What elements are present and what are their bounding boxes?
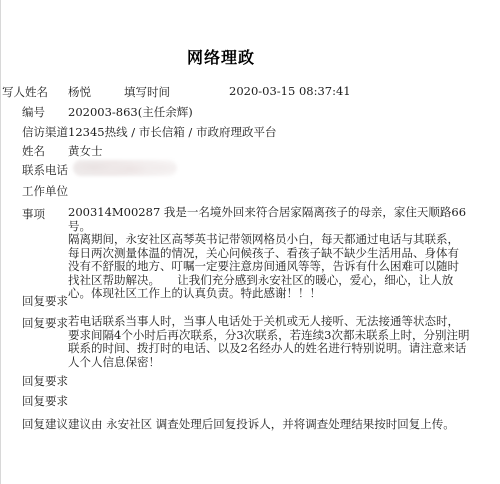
reply-requirement-row-4: 回复要求 xyxy=(1,393,500,408)
work-unit-row: 工作单位 xyxy=(1,183,500,198)
reply-requirement-line: 若电话联系当事人时，当事人电话处于关机或无人接听、无法接通等状态时， xyxy=(68,315,470,329)
reply-requirement-line: 要求间隔4个小时后再次联系，分3次联系，若连续3次都未联系上时，分别注明 xyxy=(68,329,470,343)
matter-label: 事项 xyxy=(22,206,45,222)
reply-suggestion-row: 回复建议 建议由 永安社区 调查处理后回复投诉人，并将调查处理结果按时回复上传。 xyxy=(1,416,500,431)
reply-requirement-line: 人个人信息保密！ xyxy=(68,356,470,370)
matter-line: 每日两次测量体温的情况，关心问候孩子、看孩子缺不缺少生活用品、身体有 xyxy=(68,247,470,261)
matter-line: 隔离期间，永安社区高琴英书记带领网格员小白，每天都通过电话与其联系， xyxy=(68,233,470,247)
petition-channel-label: 信访渠道 xyxy=(22,124,68,140)
reply-requirement-line: 联系的时间、拨打时的电话、以及2名经办人的姓名进行特别说明。请注意来话 xyxy=(68,342,470,356)
matter-text: 200314M00287 我是一名境外回来符合居家隔离孩子的母亲，家住天顺路66… xyxy=(68,206,470,301)
petition-channel-row: 信访渠道 12345热线 / 市长信箱 / 市政府理政平台 xyxy=(1,124,500,139)
reply-requirement-label: 回复要求 xyxy=(22,393,68,409)
reply-requirement-label: 回复要求 xyxy=(22,373,68,389)
number-row: 编号 202003-863(主任余辉) xyxy=(1,104,500,119)
page-title: 网络理政 xyxy=(1,45,441,68)
reply-requirement-label: 回复要求 xyxy=(22,315,68,331)
matter-line: 没有不舒服的地方、叮嘱一定要注意房间通风等等，告诉有什么困难可以随时 xyxy=(68,260,470,274)
reply-requirement-label: 回复要求 xyxy=(22,293,68,309)
phone-row: 联系电话 xyxy=(1,162,500,177)
number-label: 编号 xyxy=(22,104,45,120)
number-value: 202003-863(主任余辉) xyxy=(68,104,470,120)
filler-name-label: 写人姓名 xyxy=(2,84,48,100)
fill-time-label: 填写时间 xyxy=(124,84,170,100)
reply-requirement-row-2: 回复要求 若电话联系当事人时，当事人电话处于关机或无人接听、无法接通等状态时， … xyxy=(1,315,500,330)
petition-channel-value: 12345热线 / 市长信箱 / 市政府理政平台 xyxy=(68,124,470,140)
reply-requirement-row-1: 回复要求 xyxy=(1,293,500,308)
work-unit-label: 工作单位 xyxy=(22,183,68,199)
reply-requirement-text: 若电话联系当事人时，当事人电话处于关机或无人接听、无法接通等状态时， 要求间隔4… xyxy=(68,315,470,369)
matter-row: 事项 200314M00287 我是一名境外回来符合居家隔离孩子的母亲，家住天顺… xyxy=(1,206,500,221)
reply-suggestion-label: 回复建议 xyxy=(22,416,68,432)
document-page: 网络理政 写人姓名 杨悦 填写时间 2020-03-15 08:37:41 编号… xyxy=(0,0,500,484)
name-row: 姓名 黄女士 xyxy=(1,143,500,158)
phone-redaction-blur xyxy=(73,160,177,176)
filler-row: 写人姓名 杨悦 填写时间 2020-03-15 08:37:41 xyxy=(1,84,500,99)
reply-requirement-row-3: 回复要求 xyxy=(1,373,500,388)
reply-suggestion-value: 建议由 永安社区 调查处理后回复投诉人，并将调查处理结果按时回复上传。 xyxy=(68,416,470,432)
phone-label: 联系电话 xyxy=(22,162,68,178)
matter-line: 找社区帮助解决。 让我们充分感到永安社区的暖心，爱心，细心，让人放 xyxy=(68,274,470,288)
filler-name-value: 杨悦 xyxy=(68,84,91,100)
fill-time-value: 2020-03-15 08:37:41 xyxy=(229,84,351,98)
name-label: 姓名 xyxy=(22,143,45,159)
name-value: 黄女士 xyxy=(68,143,470,159)
matter-line: 200314M00287 我是一名境外回来符合居家隔离孩子的母亲，家住天顺路66… xyxy=(68,206,470,233)
